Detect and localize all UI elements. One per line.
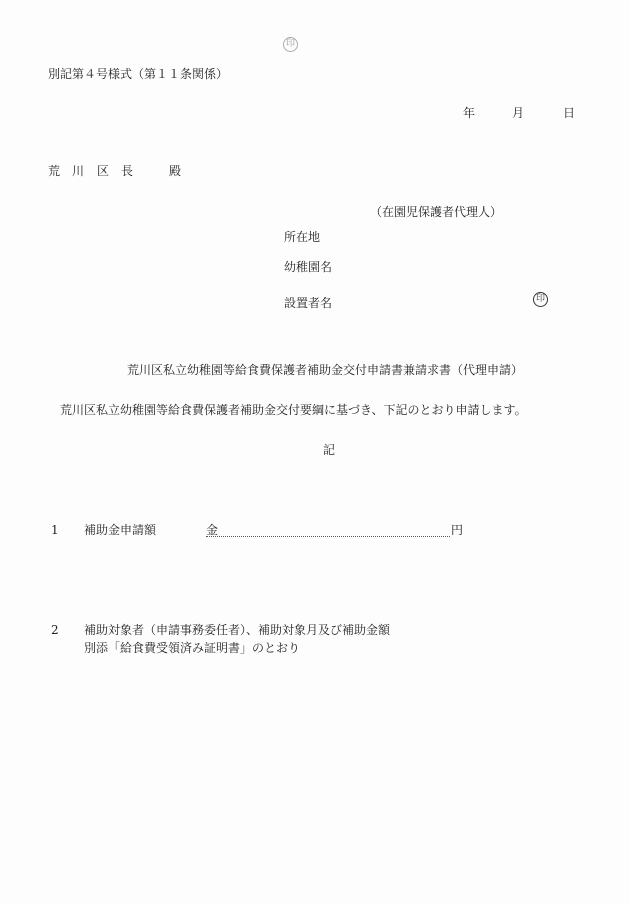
- ki-heading: 記: [323, 443, 335, 457]
- top-seal-icon: 印: [283, 37, 298, 52]
- addressee-char: 荒: [48, 164, 60, 178]
- item-label: 補助対象者（申請事務委任者）、補助対象月及び補助金額: [84, 623, 390, 637]
- addressee-char: 長: [121, 164, 133, 178]
- form-number: 別記第４号様式（第１１条関係）: [48, 67, 228, 81]
- document-title: 荒川区私立幼稚園等給食費保護者補助金交付申請書兼請求書（代理申請）: [127, 363, 523, 377]
- amount-prefix: 金: [206, 523, 218, 537]
- body-text: 荒川区私立幼稚園等給食費保護者補助金交付要綱に基づき、下記のとおり申請します。: [60, 403, 527, 417]
- amount-suffix: 円: [451, 523, 463, 537]
- addressee-char: 区: [97, 164, 109, 178]
- date-day-label: 日: [563, 106, 575, 120]
- item-number: 2: [51, 623, 59, 637]
- date-month-label: 月: [512, 106, 524, 120]
- item-detail: 別添「給食費受領済み証明書」のとおり: [84, 641, 300, 655]
- applicant-role: （在園児保護者代理人）: [370, 205, 502, 219]
- item-label: 補助金申請額: [84, 523, 156, 537]
- founder-name-label: 設置者名: [284, 296, 332, 310]
- founder-seal-icon: 印: [533, 292, 548, 307]
- addressee-honorific: 殿: [169, 164, 181, 178]
- amount-input-line[interactable]: [206, 536, 450, 537]
- item-number: 1: [51, 523, 59, 537]
- addressee-char: 川: [72, 164, 84, 178]
- date-year-label: 年: [463, 106, 475, 120]
- kindergarten-name-label: 幼稚園名: [284, 260, 332, 274]
- address-label: 所在地: [284, 230, 320, 244]
